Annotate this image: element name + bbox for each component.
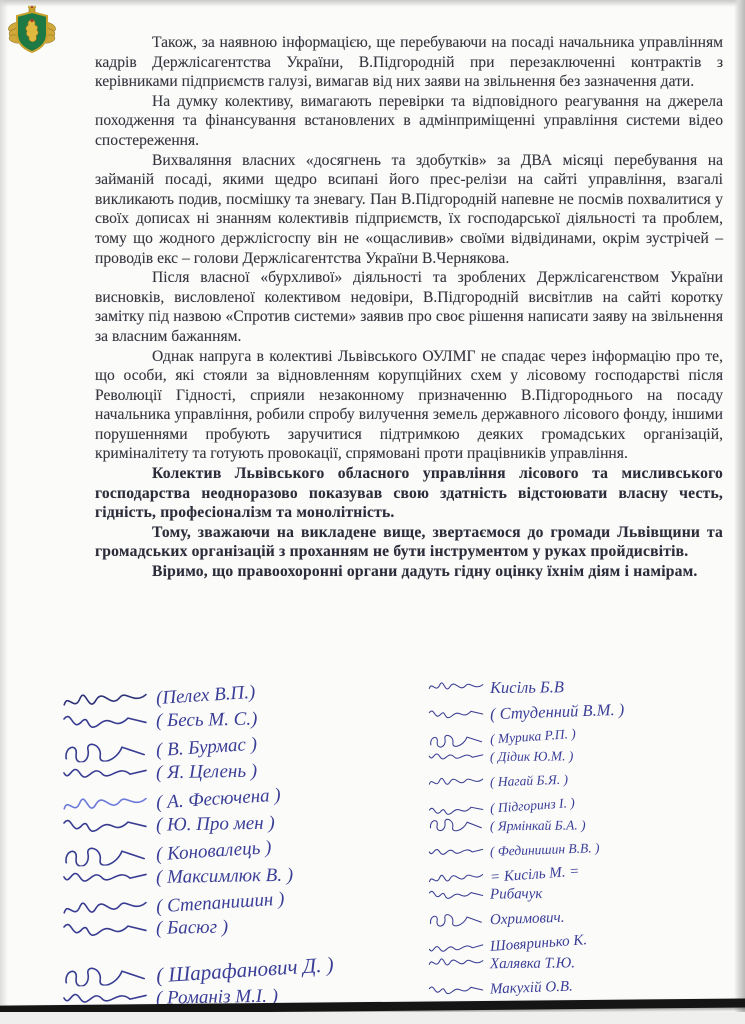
signature-ink-squiggle	[62, 863, 148, 886]
paragraph: Однак напруга в колективі Львівського ОУ…	[95, 347, 723, 465]
signature-row: ( Максимлюк В. )	[62, 863, 412, 891]
document-body: Також, за наявною інформацією, ще перебу…	[95, 33, 723, 582]
signature-row: ( В. Бурмас )	[62, 731, 412, 763]
signature-name: (Пелех В.П.)	[155, 682, 255, 710]
signature-name: ( Шарафанович Д. )	[155, 952, 334, 988]
scanned-document-page: Також, за наявною інформацією, ще перебу…	[0, 0, 745, 1024]
signature-ink-squiggle	[428, 977, 484, 999]
signature-ink-squiggle	[428, 674, 485, 697]
signature-row: ( Коновалець )	[62, 835, 412, 867]
signature-name: ( Степанишин )	[155, 888, 285, 918]
signature-row: Рибачук	[428, 881, 738, 911]
signature-column-left: (Пелех В.П.)( Бесь М. С.)( В. Бурмас )( …	[62, 684, 412, 1009]
paragraph: На думку колективу, вимагають перевірки …	[95, 92, 723, 151]
scan-edge-left	[0, 0, 8, 1024]
scan-edge-right	[734, 0, 745, 1024]
signature-ink-squiggle	[62, 962, 149, 986]
paragraph: Також, за наявною інформацією, ще перебу…	[95, 33, 723, 92]
signature-name: ( А. Фесючена )	[155, 785, 281, 815]
signature-ink-squiggle	[62, 707, 148, 730]
paragraph: Колектив Львівського обласного управлінн…	[95, 464, 723, 523]
signature-row: ( Басюг )	[62, 915, 412, 943]
paragraph: Віримо, що правоохоронні органи дадуть г…	[95, 562, 723, 582]
signature-row: (Пелех В.П.)	[62, 679, 412, 711]
signature-row: ( Ярмінкай Б.А. )	[428, 812, 738, 842]
signature-row: ( Ю. Про мен )	[62, 811, 412, 839]
signature-row: ( Я. Целень )	[62, 759, 412, 787]
signature-name: ( В. Бурмас )	[155, 734, 257, 762]
signature-ink-squiggle	[62, 915, 148, 938]
signature-row: Халявка Т.Ю.	[428, 950, 738, 980]
scan-edge-bottom-fade	[0, 1012, 745, 1024]
signature-row: ( Степанишин )	[62, 887, 412, 919]
signature-ink-squiggle	[428, 908, 484, 930]
signature-row: ( Шарафанович Д. )	[62, 953, 413, 988]
signature-name: Кисіль Б.В	[490, 677, 564, 698]
signature-name: ( Бесь М. С.)	[156, 709, 258, 733]
forestry-emblem	[8, 5, 56, 55]
signature-ink-squiggle	[428, 701, 484, 723]
signature-ink-squiggle	[428, 881, 485, 904]
signature-ink-squiggle	[428, 743, 485, 766]
signature-ink-squiggle	[428, 812, 485, 835]
signature-name: ( Коновалець )	[155, 837, 272, 866]
signature-ink-squiggle	[428, 950, 485, 973]
signature-ink-squiggle	[428, 770, 484, 792]
paragraph: Тому, зважаючи на викладене вище, зверта…	[95, 523, 723, 562]
signature-name: ( Басюг )	[156, 917, 228, 940]
signature-name: Охримович.	[490, 909, 565, 929]
paragraph: Вихваляння власних «досягнень та здобутк…	[95, 151, 723, 269]
signature-name: Рибачук	[490, 886, 543, 904]
signature-ink-squiggle	[62, 759, 148, 782]
signature-row: ( Дідик Ю.М. )	[428, 743, 738, 773]
forestry-emblem-icon	[8, 5, 56, 55]
signature-row: ( А. Фесючена )	[62, 783, 412, 815]
scan-edge-top	[0, 0, 745, 7]
signature-name: ( Студенний В.М. )	[490, 700, 625, 725]
signature-row: Макухій О.В.	[428, 977, 738, 999]
signature-column-right: Кисіль Б.В( Студенний В.М. )( Мурика Р.П…	[428, 678, 738, 999]
signature-row: Кисіль Б.В	[428, 674, 738, 704]
signature-name: Макухій О.В.	[490, 978, 573, 998]
signature-name: ( Нагай Б.Я. )	[490, 772, 568, 791]
signature-ink-squiggle	[428, 839, 484, 861]
signature-name: ( Дідик Ю.М. )	[490, 748, 573, 765]
signature-name: ( Фединишин В.В. )	[490, 840, 600, 860]
signature-name: Халявка Т.Ю.	[490, 955, 575, 973]
signature-row: ( Бесь М. С.)	[62, 707, 412, 735]
signature-name: ( Я. Целень )	[156, 761, 257, 785]
signature-ink-squiggle	[62, 811, 148, 834]
signature-name: ( Максимлюк В. )	[156, 865, 293, 889]
paragraph: Після власної «бурхливої» діяльності та …	[95, 268, 723, 346]
signature-name: ( Ю. Про мен )	[156, 813, 275, 837]
signature-name: ( Ярмінкай Б.А. )	[490, 817, 586, 834]
